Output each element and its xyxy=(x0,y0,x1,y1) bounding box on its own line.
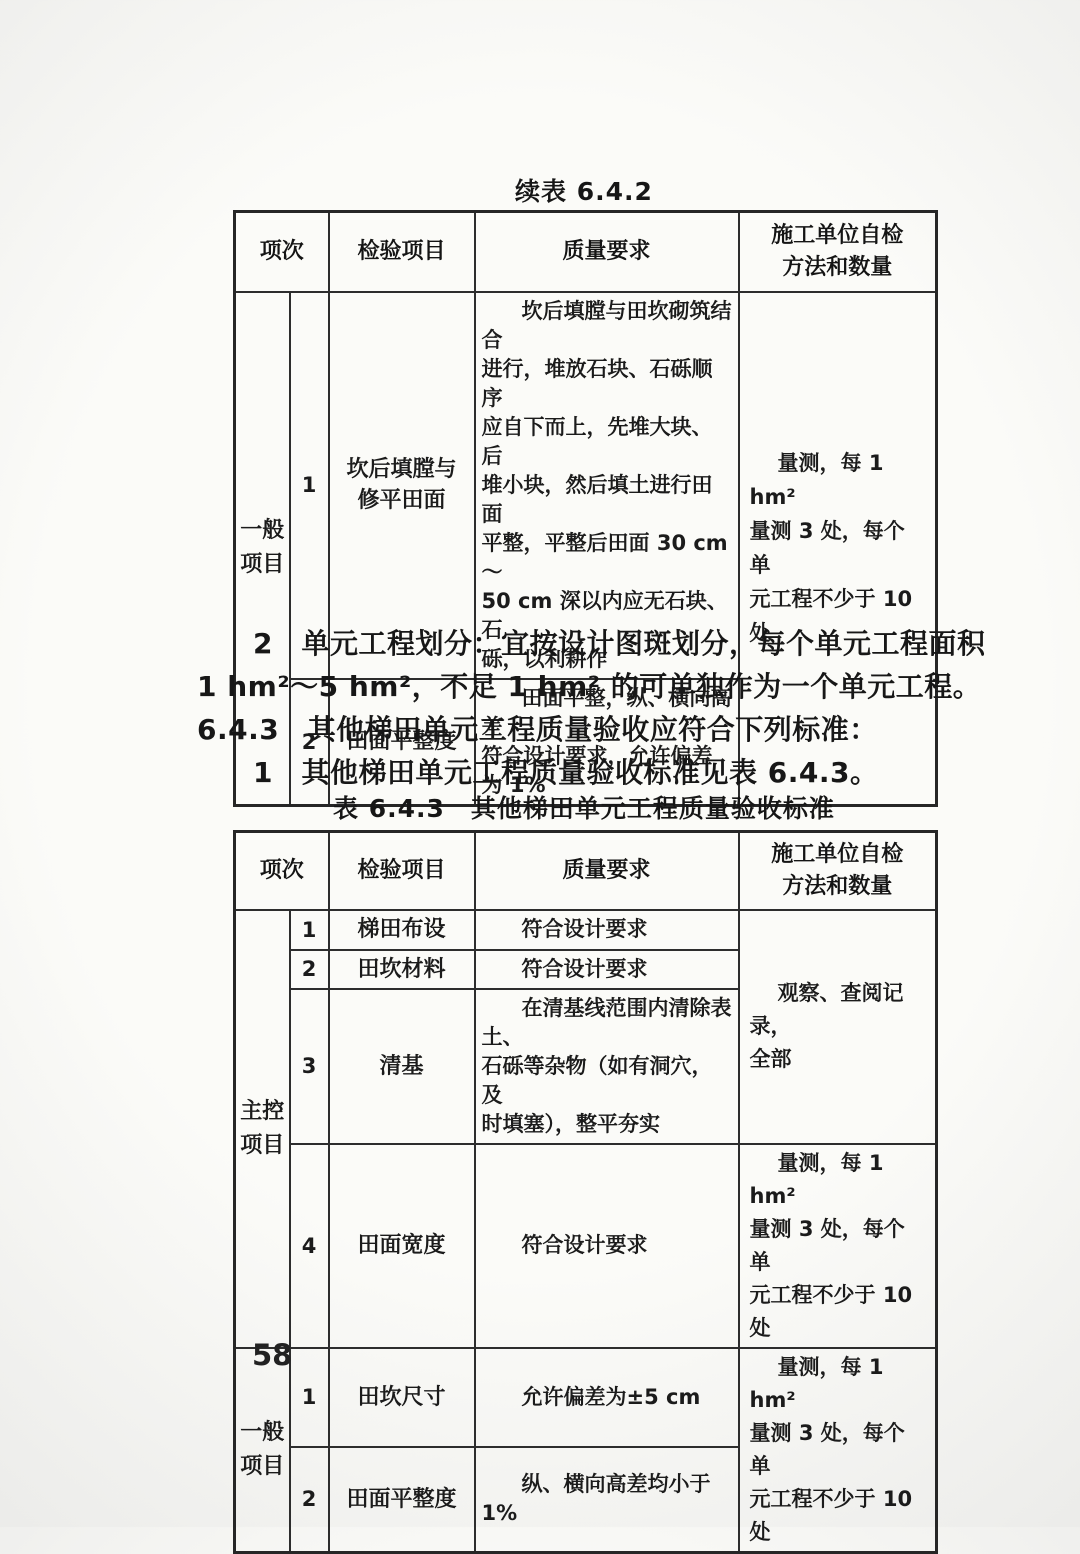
cell-inspection-item: 清基 xyxy=(329,989,475,1144)
cell-inspection-item: 田坎材料 xyxy=(329,950,475,989)
cell-inspection-item: 坎后填膛与 修平田面 xyxy=(329,292,475,679)
header-self-check: 施工单位自检 方法和数量 xyxy=(739,832,937,910)
paragraph-unit-division-cont: 1 hm²～5 hm²，不足 1 hm² 的可单独作为一个单元工程。 xyxy=(197,665,953,708)
cell-row-no: 4 xyxy=(290,1144,329,1348)
cell-quality-req: 坎后填膛与田坎砌筑结合 进行，堆放石块、石砾顺序 应自下而上，先堆大块、后 堆小… xyxy=(475,292,739,679)
table-6-4-3: 项次 检验项目 质量要求 施工单位自检 方法和数量 主控 项目 1 梯田布设 符… xyxy=(233,830,938,1554)
table1-header-row: 项次 检验项目 质量要求 施工单位自检 方法和数量 xyxy=(235,212,937,292)
cell-self-check-measure: 量测，每 1 hm² 量测 3 处，每个单 元工程不少于 10 处 xyxy=(739,1144,937,1348)
page-number: 58 xyxy=(252,1338,292,1372)
cell-row-no: 3 xyxy=(290,989,329,1144)
paragraph-clause-6-4-3: 6.4.3 其他梯田单元工程质量验收应符合下列标准： xyxy=(197,708,953,751)
table2-title: 表 6.4.3 其他梯田单元工程质量验收标准 xyxy=(233,789,935,825)
table2-general-row-1: 一般 项目 1 田坎尺寸 允许偏差为±5 cm 量测，每 1 hm² 量测 3 … xyxy=(235,1348,937,1448)
cell-quality-req: 符合设计要求 xyxy=(475,950,739,989)
cell-row-no: 2 xyxy=(290,1447,329,1552)
table2-header-row: 项次 检验项目 质量要求 施工单位自检 方法和数量 xyxy=(235,832,937,910)
cell-row-no: 1 xyxy=(290,1348,329,1448)
body-text: 2 单元工程划分：宜按设计图斑划分，每个单元工程面积 1 hm²～5 hm²，不… xyxy=(197,622,953,794)
cell-quality-req: 允许偏差为±5 cm xyxy=(475,1348,739,1448)
header-quality-req: 质量要求 xyxy=(475,832,739,910)
cell-quality-req: 符合设计要求 xyxy=(475,910,739,950)
table1-title: 续表 6.4.2 xyxy=(233,172,935,208)
cell-inspection-item: 田面宽度 xyxy=(329,1144,475,1348)
document-page: 续表 6.4.2 项次 检验项目 质量要求 施工单位自检 方法和数量 一般 项目… xyxy=(0,0,1080,1527)
header-quality-req: 质量要求 xyxy=(475,212,739,292)
cell-row-no: 2 xyxy=(290,950,329,989)
paragraph-unit-division: 2 单元工程划分：宜按设计图斑划分，每个单元工程面积 xyxy=(197,622,953,665)
cell-quality-req: 符合设计要求 xyxy=(475,1144,739,1348)
header-inspection-item: 检验项目 xyxy=(329,212,475,292)
group-label-main-control: 主控 项目 xyxy=(235,910,290,1348)
cell-row-no: 1 xyxy=(290,292,329,679)
header-item-no: 项次 xyxy=(235,832,329,910)
table1-row-1: 一般 项目 1 坎后填膛与 修平田面 坎后填膛与田坎砌筑结合 进行，堆放石块、石… xyxy=(235,292,937,679)
group-label-general: 一般 项目 xyxy=(235,1348,290,1553)
cell-self-check-observe: 观察、查阅记录， 全部 xyxy=(739,910,937,1144)
header-item-no: 项次 xyxy=(235,212,329,292)
cell-self-check-measure: 量测，每 1 hm² 量测 3 处，每个单 元工程不少于 10 处 xyxy=(739,1348,937,1553)
cell-inspection-item: 田坎尺寸 xyxy=(329,1348,475,1448)
table2-main-row-4: 4 田面宽度 符合设计要求 量测，每 1 hm² 量测 3 处，每个单 元工程不… xyxy=(235,1144,937,1348)
cell-quality-req: 纵、横向高差均小于 1% xyxy=(475,1447,739,1552)
cell-inspection-item: 田面平整度 xyxy=(329,1447,475,1552)
header-inspection-item: 检验项目 xyxy=(329,832,475,910)
header-self-check: 施工单位自检 方法和数量 xyxy=(739,212,937,292)
paragraph-clause-6-4-3-item1: 1 其他梯田单元工程质量验收标准见表 6.4.3。 xyxy=(197,751,953,794)
cell-quality-req: 在清基线范围内清除表土、 石砾等杂物（如有洞穴，及 时填塞），整平夯实 xyxy=(475,989,739,1144)
cell-row-no: 1 xyxy=(290,910,329,950)
cell-inspection-item: 梯田布设 xyxy=(329,910,475,950)
table2-main-row-1: 主控 项目 1 梯田布设 符合设计要求 观察、查阅记录， 全部 xyxy=(235,910,937,950)
